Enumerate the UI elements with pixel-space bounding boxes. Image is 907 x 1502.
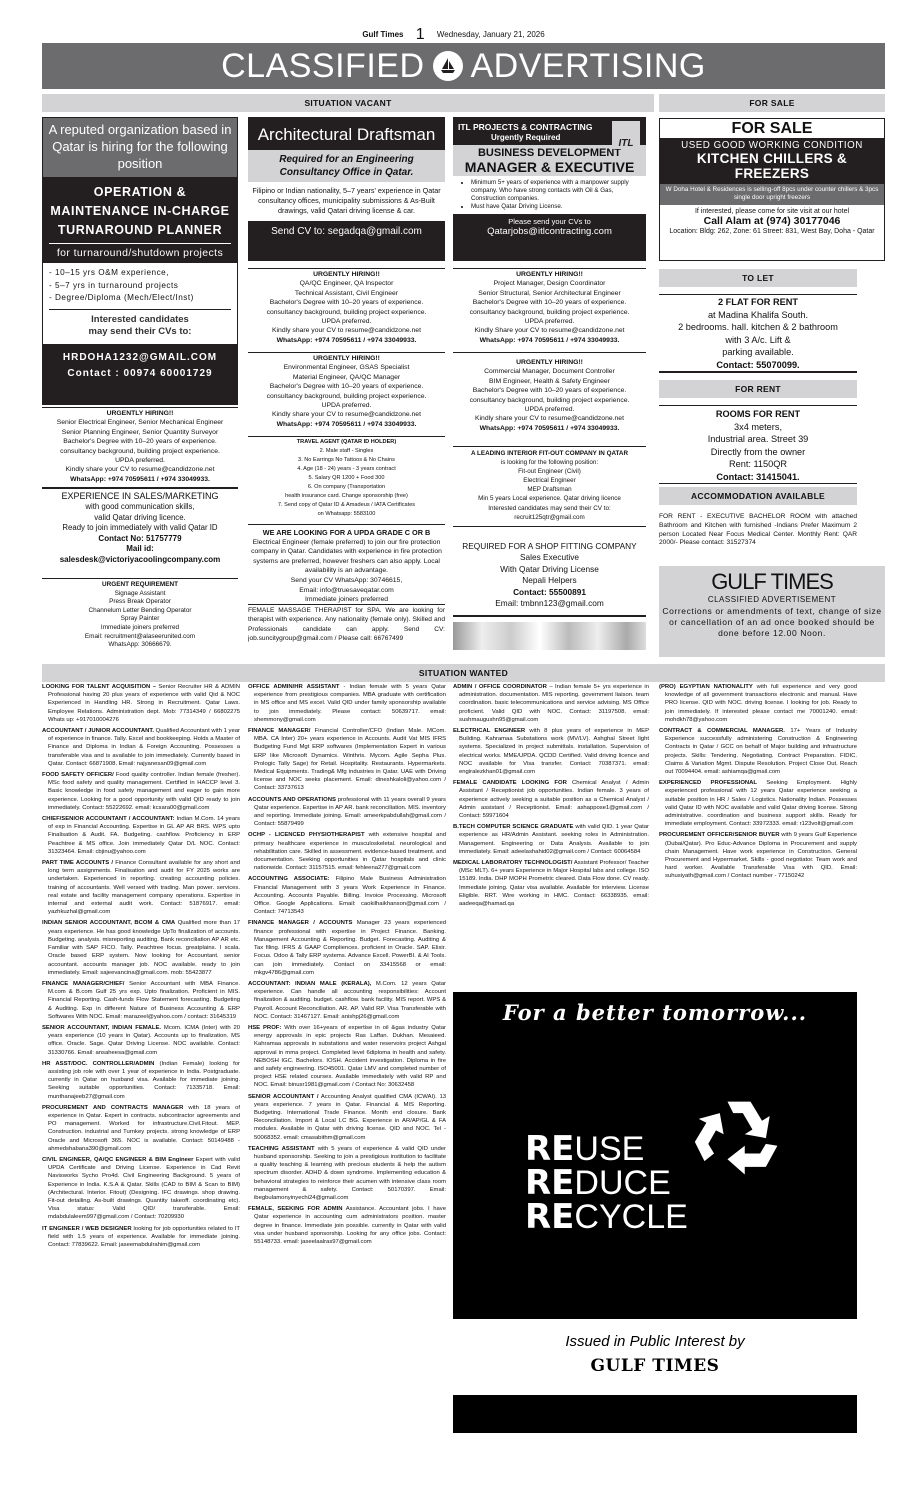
send-label: Please send your CVs to bbox=[453, 217, 646, 226]
ad-intro: A reputed organization based in Qatar is… bbox=[43, 118, 237, 177]
itl-logo-icon: ITL bbox=[612, 121, 640, 149]
body-line: consultancy background, building project… bbox=[248, 392, 445, 401]
banner-right: ADVERTISING bbox=[471, 47, 706, 86]
body-line: Electrical Engineer bbox=[453, 476, 646, 485]
wanted-listing: FOOD SAFETY OFFICER/ Food quality contro… bbox=[42, 771, 240, 812]
ad-heading: URGENTLY HIRING!! bbox=[248, 354, 445, 363]
share-cv: Kindly share your CV to resume@candidzon… bbox=[248, 410, 445, 419]
whatsapp-contact: Send your CV WhatsApp: 30746615, bbox=[248, 576, 445, 586]
ad-flat-for-rent: 2 FLAT FOR RENT at Madina Khalifa South.… bbox=[659, 296, 857, 368]
title-line: KITCHEN CHILLERS & FREEZERS bbox=[660, 151, 884, 181]
wanted-listing: LOOKING FOR TALENT ACQUISITION – Senior … bbox=[42, 683, 240, 724]
body-line: with good communication skills, bbox=[42, 502, 238, 513]
wanted-listing: ACCOUNTANT: INDIAN MALE (KERALA), M.Com.… bbox=[248, 980, 446, 1021]
section-accommodation: ACCOMMODATION AVAILABLE bbox=[659, 487, 857, 505]
contact-phone: Call Alam at (974) 30177046 bbox=[662, 215, 882, 227]
ad-upda-engineer: WE ARE LOOKING FOR A UPDA GRADE C OR B E… bbox=[248, 528, 445, 603]
wanted-listing: OCHP - LICENCED PHYSIOTHERAPIST with ext… bbox=[248, 831, 446, 872]
send-cv[interactable]: Send CV to: segadqa@gmail.com bbox=[248, 221, 445, 242]
wanted-column-4: (PRO) EGYPTIAN NATIONALITY with full exp… bbox=[659, 683, 857, 884]
contact-block: HRDOHA1232@GMAIL.COM Contact : 00974 600… bbox=[43, 344, 237, 382]
whatsapp-contact: WhatsApp: +974 70595611 / +974 33049933. bbox=[42, 475, 238, 484]
wanted-listing: INDIAN SENIOR ACCOUNTANT, BCOM & CMA Qua… bbox=[42, 919, 240, 976]
word-reuse: REUSE bbox=[525, 1132, 688, 1166]
ad-itl-projects: ITL PROJECTS & CONTRACTING Urgently Requ… bbox=[453, 117, 646, 261]
wanted-listing: FEMALE, SEEKING FOR ADMIN Assistance. Ac… bbox=[248, 1205, 446, 1246]
body-line: With Qatar Driving License bbox=[453, 564, 646, 576]
ad-heading: FOR SALE bbox=[660, 119, 884, 138]
body-line: Bachelor's Degree with 10–20 years of ex… bbox=[248, 298, 445, 307]
body-line: Press Break Operator bbox=[42, 598, 238, 607]
title-line: OPERATION & bbox=[45, 183, 235, 202]
urgent-hiring-ad: URGENTLY HIRING!! QA/QC Engineer, QA Ins… bbox=[248, 270, 445, 350]
role-line: BIM Engineer, Health & Safety Engineer bbox=[453, 377, 646, 386]
body-line: parking available. bbox=[659, 346, 857, 359]
wanted-listing: (PRO) EGYPTIAN NATIONALITY with full exp… bbox=[659, 683, 857, 724]
body-line: 3x4 meters, bbox=[659, 421, 857, 434]
title-line: TURNAROUND PLANNER bbox=[45, 221, 235, 240]
issued-by: Issued in Public Interest by bbox=[453, 1319, 857, 1350]
body-line: at Madina Khalifa South. bbox=[659, 309, 857, 322]
requirement-item: Must have Qatar Driving License. bbox=[471, 203, 640, 211]
ad-body: Filipino or Indian nationality, 5–7 year… bbox=[248, 182, 445, 221]
role-line: Technical Assistant, Civil Engineer bbox=[248, 289, 445, 298]
body-line: Directly from the owner bbox=[659, 446, 857, 459]
contact-email: recruit125qtr@gmail.com bbox=[453, 513, 646, 522]
requirement-item: 10–15 yrs O&M experience, bbox=[49, 267, 231, 280]
notice-subtitle: CLASSIFIED ADVERTISEMENT bbox=[659, 595, 885, 604]
ad-architectural-draftsman: Architectural Draftsman Required for an … bbox=[248, 117, 445, 261]
wanted-listing: ADMIN / OFFICE COORDINATOR – Indian fema… bbox=[453, 683, 649, 724]
location: Location: Bldg: 262, Zone: 61 Street: 83… bbox=[662, 227, 882, 236]
whatsapp-contact: WhatsApp: 30666679. bbox=[42, 641, 238, 650]
section-situation-vacant: SITUATION VACANT bbox=[42, 94, 654, 112]
wanted-listing: HR ASST/DOC. CONTROLLER/ADMIN (Indian Fe… bbox=[42, 1060, 240, 1101]
ad-title: Architectural Draftsman bbox=[248, 117, 445, 150]
contact-phone: Contact No: 51757779 bbox=[42, 534, 238, 545]
body-line: Nepali Helpers bbox=[453, 575, 646, 587]
ad-heading: A LEADING INTERIOR FIT-OUT COMPANY IN QA… bbox=[453, 449, 646, 458]
section-to-let: TO LET bbox=[659, 269, 857, 287]
ad-heading: EXPERIENCE IN SALES/MARKETING bbox=[42, 490, 238, 502]
requirements-panel: 10–15 yrs O&M experience, 5–7 yrs in tur… bbox=[43, 263, 237, 344]
contact-email: Email: info@truesaveqatar.com bbox=[248, 586, 445, 596]
wanted-listing: IT ENGINEER / WEB DESIGNER looking for j… bbox=[42, 1225, 240, 1250]
wanted-listing: FEMALE CANDIDATE LOOKING FOR Chemical An… bbox=[453, 779, 649, 820]
body-line: Immediate joiners preferred bbox=[42, 624, 238, 633]
role-line: Senior Structural, Senior Architectural … bbox=[453, 289, 646, 298]
body-line: Interested candidates may send their CV … bbox=[453, 504, 646, 513]
notice-body: Corrections or amendments of text, chang… bbox=[659, 604, 885, 639]
issue-date: Wednesday, January 21, 2026 bbox=[437, 30, 545, 39]
requirement-item: 5–7 yrs in turnaround projects bbox=[49, 280, 231, 293]
ad-travel-agent: TRAVEL AGENT (QATAR ID HOLDER) 2. Male s… bbox=[248, 438, 445, 522]
wanted-listing: CONTRACT & COMMERCIAL MANAGER. 17+ Years… bbox=[659, 727, 857, 776]
wanted-column-1: LOOKING FOR TALENT ACQUISITION – Senior … bbox=[42, 683, 240, 1252]
wanted-listing: CIVIL ENGINEER, QA/QC ENGINEER & BIM Eng… bbox=[42, 1156, 240, 1222]
wanted-listing: OFFICE ADMIN/HR ASSISTANT - Indian femal… bbox=[248, 683, 446, 724]
wanted-listing: SENIOR ACCOUNTANT / Accounting Analyst q… bbox=[248, 1093, 446, 1142]
ad-body: Electrical Engineer (female preferred) t… bbox=[248, 538, 445, 576]
body-line: Ready to join immediately with valid Qat… bbox=[42, 523, 238, 534]
psa-slogan: For a better tomorrow... bbox=[453, 1000, 857, 1025]
note: Immediate joiners preferred bbox=[248, 595, 445, 603]
body-line: Min 5 years Local experience. Qatar driv… bbox=[453, 494, 646, 503]
contact-email: Email: recruitment@alaseerunited.com bbox=[42, 633, 238, 642]
share-cv: Kindly Share your CV to resume@candidzon… bbox=[453, 326, 646, 335]
page-number: 1 bbox=[416, 26, 425, 43]
psa-credit: Issued in Public Interest by GULF TIMES bbox=[453, 1319, 857, 1395]
wanted-listing: HSE PROF: With over 16+years of expertis… bbox=[248, 1024, 446, 1090]
body-line: 6. On company (Transportation bbox=[248, 483, 445, 492]
wanted-listing: B.TECH COMPUTER SCIENCE GRADUATE with va… bbox=[453, 823, 649, 856]
body-line: 2. Male staff - Singles bbox=[248, 447, 445, 456]
ad-heading: TRAVEL AGENT (QATAR ID HOLDER) bbox=[248, 438, 445, 447]
section-situation-wanted: SITUATION WANTED bbox=[42, 664, 885, 682]
wanted-listing: FINANCE MANAGER / ACCOUNTS Manager 23 ye… bbox=[248, 919, 446, 976]
recycle-icon bbox=[691, 1092, 787, 1188]
ask-line: Interested candidates bbox=[49, 314, 231, 326]
role-line: MANAGER & EXECUTIVE bbox=[453, 159, 646, 176]
word-recycle: RECYCLE bbox=[525, 1200, 688, 1234]
ad-description: W Doha Hotel & Residences is selling-off… bbox=[660, 184, 884, 205]
urgent-hiring-ad: URGENTLY HIRING!! Senior Electrical Engi… bbox=[42, 409, 238, 485]
wanted-listing: FINANCE MANAGER/CHIEF/ Senior Accountant… bbox=[42, 980, 240, 1021]
ad-heading: WE ARE LOOKING FOR A UPDA GRADE C OR B bbox=[248, 528, 445, 538]
body-line: health insurance card. Change sponsorshi… bbox=[248, 492, 445, 501]
body-line: consultancy background, building project… bbox=[453, 396, 646, 405]
reuse-reduce-recycle: REUSE REDUCE RECYCLE bbox=[525, 1132, 688, 1234]
section-for-rent: FOR RENT bbox=[659, 380, 857, 398]
ad-heading: URGENTLY HIRING!! bbox=[42, 409, 238, 418]
section-for-sale: FOR SALE bbox=[659, 94, 885, 112]
body-line: 7. Send copy of Qatar ID & Amadeus / IAT… bbox=[248, 501, 445, 510]
whatsapp-contact: WhatsApp: +974 70595611 / +974 33049933. bbox=[453, 424, 646, 433]
body-line: UPDA preferred. bbox=[453, 317, 646, 326]
gulf-times-notice: GULF TIMES CLASSIFIED ADVERTISEMENT Corr… bbox=[659, 566, 885, 657]
wanted-column-2: OFFICE ADMIN/HR ASSISTANT - Indian femal… bbox=[248, 683, 446, 1249]
body-line: UPDA preferred. bbox=[248, 401, 445, 410]
role-line: Material Engineer, QA/QC Manager bbox=[248, 373, 445, 382]
urgent-hiring-ad: URGENTLY HIRING!! Environmental Engineer… bbox=[248, 354, 445, 434]
dhow-boat-icon bbox=[433, 51, 463, 81]
role-line: Environmental Engineer, GSAS Specialist bbox=[248, 363, 445, 372]
wanted-listing: ACCOUNTANT / JUNIOR ACCOUNTANT. Qualifie… bbox=[42, 727, 240, 768]
wanted-listing: ELECTRICAL ENGINEER with 8 plus years of… bbox=[453, 727, 649, 776]
wanted-listing: FINANCE MANAGER/ Financial Controller/CF… bbox=[248, 727, 446, 793]
wanted-listing: MEDICAL LABORATORY TECHNOLOGIST/ Assista… bbox=[453, 859, 649, 908]
ad-shop-fitting: REQUIRED FOR A SHOP FITTING COMPANY Sale… bbox=[453, 540, 646, 616]
body-line: Sales Executive bbox=[453, 552, 646, 564]
contact-email[interactable]: Qatarjobs@itlcontracting.com bbox=[453, 226, 646, 237]
ad-subtitle: for turnaround/shutdown projects bbox=[43, 247, 237, 263]
body-line: MEP Draftsman bbox=[453, 485, 646, 494]
body-line: UPDA preferred. bbox=[453, 405, 646, 414]
role-line: Project Manager, Design Coordinator bbox=[453, 279, 646, 288]
wanted-listing: ACCOUNTS AND OPERATIONS professional wit… bbox=[248, 796, 446, 829]
role-line: Senior Planning Engineer, Senior Quantit… bbox=[42, 428, 238, 437]
ad-massage-therapist: FEMALE MASSAGE THERAPIST for SPA. We are… bbox=[248, 606, 445, 656]
urgent-hiring-ad: URGENTLY HIRING!! Project Manager, Desig… bbox=[453, 270, 646, 350]
ad-heading: URGENTLY HIRING!! bbox=[453, 358, 646, 367]
wanted-listing: CHIEF/SENIOR ACCOUNTANT / ACCOUNTANT: In… bbox=[42, 815, 240, 856]
gulf-times-logo: GULF TIMES bbox=[453, 1350, 857, 1376]
divider bbox=[49, 243, 231, 244]
role-block: BUSINESS DEVELOPMENT MANAGER & EXECUTIVE bbox=[453, 145, 646, 176]
contact-phone: Contact: 55500891 bbox=[453, 587, 646, 599]
visit-note: If interested, please come for site visi… bbox=[662, 208, 882, 215]
whatsapp-contact: WhatsApp: +974 70595611 / +974 33049933. bbox=[248, 420, 445, 429]
masthead: Gulf Times 1 Wednesday, January 21, 2026 bbox=[0, 26, 907, 44]
mail-label: Mail id: bbox=[42, 544, 238, 555]
body-line: UPDA preferred. bbox=[42, 456, 238, 465]
share-cv: Kindly share your CV to resume@candidzon… bbox=[42, 465, 238, 474]
contact-phone: Contact: 55070099. bbox=[659, 359, 857, 368]
whatsapp-contact: on Whatsapp: 5583100 bbox=[248, 510, 445, 519]
body-line: consultancy background, building project… bbox=[453, 308, 646, 317]
wanted-listing: EXPERIENCED PROFESSIONAL Seeking Employm… bbox=[659, 779, 857, 828]
ad-heading: REQUIRED FOR A SHOP FITTING COMPANY bbox=[453, 540, 646, 552]
body-line: is looking for the following position: bbox=[453, 458, 646, 467]
ad-subtitle: Required for an Engineering Consultancy … bbox=[248, 150, 445, 182]
role-line: Commercial Manager, Document Controller bbox=[453, 367, 646, 376]
decorative-gradient bbox=[453, 622, 646, 650]
body-line: valid Qatar driving licence. bbox=[42, 513, 238, 524]
wanted-listing: PART TIME ACCOUNTS / Finance Consultant … bbox=[42, 859, 240, 916]
requirement-item: Degree/Diploma (Mech/Elect/Inst) bbox=[49, 292, 231, 305]
role-line: Senior Electrical Engineer, Senior Mecha… bbox=[42, 418, 238, 427]
ad-interior-fitout: A LEADING INTERIOR FIT-OUT COMPANY IN QA… bbox=[453, 449, 646, 525]
requirements-panel: Minimum 5+ years of experience with a ma… bbox=[453, 176, 646, 214]
wanted-listing: ACCOUNTING ASSOCIATE: Filipino Male Busi… bbox=[248, 875, 446, 916]
ad-signage-requirement: URGENT REQUIREMENT Signage Assistant Pre… bbox=[42, 581, 238, 657]
contact-email[interactable]: HRDOHA1232@GMAIL.COM bbox=[43, 350, 237, 366]
body-line: Channelum Letter Bending Operator bbox=[42, 607, 238, 616]
body-line: 4. Age (18 - 24) years - 3 years contrac… bbox=[248, 465, 445, 474]
body-line: Fit-out Engineer (Civil) bbox=[453, 467, 646, 476]
ad-title: OPERATION & MAINTENANCE IN-CHARGE TURNAR… bbox=[43, 177, 237, 243]
body-line: consultancy background, building project… bbox=[248, 308, 445, 317]
body-line: 2 bedrooms. hall. kitchen & 2 bathroom bbox=[659, 321, 857, 334]
wanted-column-3: ADMIN / OFFICE COORDINATOR – Indian fema… bbox=[453, 683, 649, 911]
banner-left: CLASSIFIED bbox=[221, 47, 424, 86]
body-line: Industrial area. Street 39 bbox=[659, 433, 857, 446]
urgent-hiring-ad: URGENTLY HIRING!! Commercial Manager, Do… bbox=[453, 358, 646, 440]
share-cv: Kindly share your CV to resume@candidzon… bbox=[453, 414, 646, 423]
title-line: MAINTENANCE IN-CHARGE bbox=[45, 202, 235, 221]
body-line: Spray Painter bbox=[42, 615, 238, 624]
word-reduce: REDUCE bbox=[525, 1166, 688, 1200]
ad-heading: ROOMS FOR RENT bbox=[659, 408, 857, 421]
wanted-listing: TEACHING ASSISTANT with 5 years of exper… bbox=[248, 1145, 446, 1202]
body-line: Bachelor's Degree with 10–20 years of ex… bbox=[453, 386, 646, 395]
whatsapp-contact: WhatsApp: +974 70595611 / +974 33049933. bbox=[248, 336, 445, 345]
body-line: Signage Assistant bbox=[42, 590, 238, 599]
ask-line: may send their CVs to: bbox=[49, 326, 231, 338]
body-line: with 3 A/c. Lift & bbox=[659, 334, 857, 347]
ad-rooms-for-rent: ROOMS FOR RENT 3x4 meters, Industrial ar… bbox=[659, 408, 857, 480]
contact-email[interactable]: salesdesk@victoriyacoolingcompany.com bbox=[42, 555, 238, 566]
body-line: UPDA preferred. bbox=[248, 317, 445, 326]
wanted-listing: PROCUREMENT OFFICER/SENIOR BUYER with 9 … bbox=[659, 831, 857, 880]
contact-block: If interested, please come for site visi… bbox=[660, 205, 884, 239]
contact-email: Email: tmbnn123@gmail.com bbox=[453, 598, 646, 610]
ad-heading: 2 FLAT FOR RENT bbox=[659, 296, 857, 309]
body-line: Bachelor's Degree with 10–20 years of ex… bbox=[248, 382, 445, 391]
divider bbox=[49, 309, 231, 310]
gulf-times-logo: GULF TIMES bbox=[659, 566, 885, 595]
paper-name: Gulf Times bbox=[362, 30, 403, 39]
role-line: QA/QC Engineer, QA Inspector bbox=[248, 279, 445, 288]
ad-kitchen-chillers: FOR SALE USED GOOD WORKING CONDITION KIT… bbox=[659, 118, 885, 261]
title-line: USED GOOD WORKING CONDITION bbox=[660, 140, 884, 151]
body-line: consultancy background, building project… bbox=[42, 447, 238, 456]
body-line: 3. No Earrings No Tattoos & No Chains bbox=[248, 456, 445, 465]
requirement-item: Minimum 5+ years of experience with a ma… bbox=[471, 179, 640, 203]
body-line: Bachelor's Degree with 10–20 years of ex… bbox=[453, 298, 646, 307]
contact-block: Please send your CVs to Qatarjobs@itlcon… bbox=[453, 214, 646, 237]
classified-banner: CLASSIFIED ADVERTISING bbox=[42, 43, 885, 89]
body-line: Rent: 1150QR bbox=[659, 458, 857, 471]
contact-phone: Contact: 31415041. bbox=[659, 471, 857, 480]
contact-phone: Contact : 00974 60001729 bbox=[43, 366, 237, 382]
ad-heading: URGENTLY HIRING!! bbox=[453, 270, 646, 279]
wanted-listing: SENIOR ACCOUNTANT, INDIAN FEMALE. Mcom. … bbox=[42, 1024, 240, 1057]
body-line: 5. Salary QR 1200 + Food 300 bbox=[248, 474, 445, 483]
ad-sales-marketing: EXPERIENCE IN SALES/MARKETING with good … bbox=[42, 490, 238, 572]
share-cv: Kindly share your CV to resume@candidzon… bbox=[248, 326, 445, 335]
ad-heading: URGENTLY HIRING!! bbox=[248, 270, 445, 279]
ad-title-block: USED GOOD WORKING CONDITION KITCHEN CHIL… bbox=[660, 138, 884, 184]
ad-bachelor-room: FOR RENT - EXECUTIVE BACHELOR ROOM with … bbox=[659, 513, 857, 561]
ad-operation-maintenance: A reputed organization based in Qatar is… bbox=[42, 117, 238, 405]
public-service-ad: For a better tomorrow... REUSE REDUCE RE… bbox=[453, 992, 857, 1433]
body-line: Bachelor's Degree with 10–20 years of ex… bbox=[42, 437, 238, 446]
ad-heading: URGENT REQUIREMENT bbox=[42, 581, 238, 590]
whatsapp-contact: WhatsApp: +974 70595611 / +974 33049933. bbox=[453, 336, 646, 345]
wanted-listing: PROCUREMENT AND CONTRACTS MANAGER with 1… bbox=[42, 1104, 240, 1153]
